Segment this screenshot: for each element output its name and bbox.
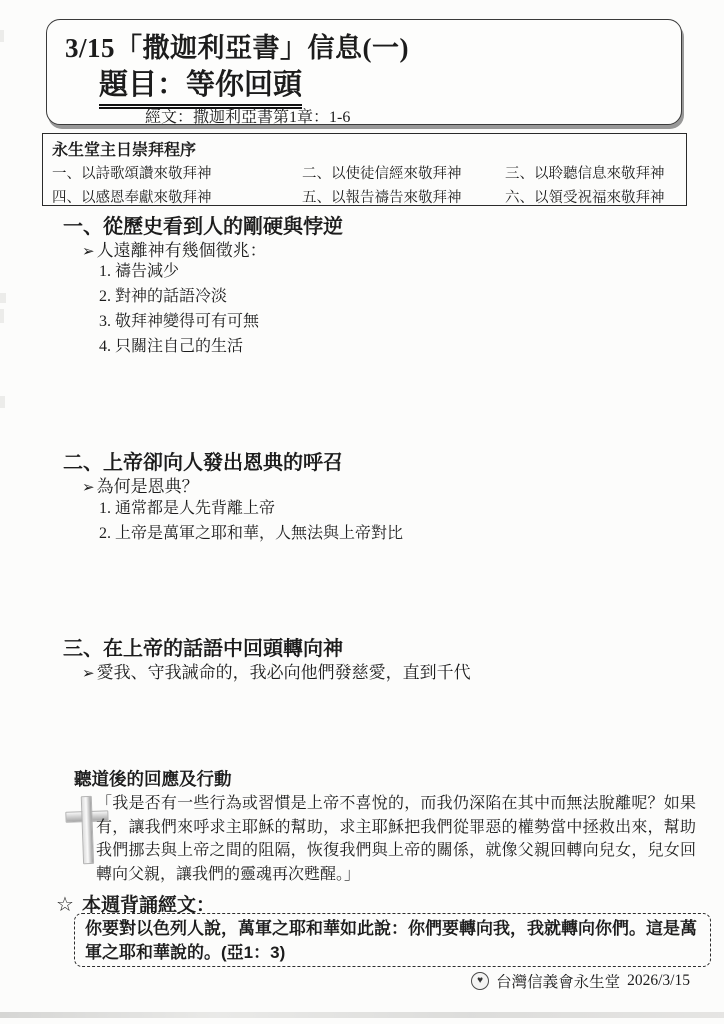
footer: ♥ 台灣信義會永生堂 2026/3/15 xyxy=(471,970,690,992)
arrow-bullet-icon: ➢ xyxy=(82,480,95,496)
section-1-point: 3. 敬拜神變得可有可無 xyxy=(99,308,259,331)
memory-verse-box: 你要對以色列人說，萬軍之耶和華如此說：你們要轉向我，我就轉向你們。這是萬軍之耶和… xyxy=(74,913,711,967)
scan-edge-artifact xyxy=(0,309,4,323)
response-prayer-text: 「我是否有一些行為或習慣是上帝不喜悅的，而我仍深陷在其中而無法脫離呢？如果有，讓… xyxy=(96,792,696,886)
section-3-bullet: ➢愛我、守我誡命的，我必向他們發慈愛，直到千代 xyxy=(82,658,471,683)
worship-order-item: 三、以聆聽信息來敬拜神 xyxy=(505,162,677,183)
church-logo-icon: ♥ xyxy=(471,972,489,990)
worship-order-item: 五、以報告禱告來敬拜神 xyxy=(302,186,505,207)
scan-edge-artifact xyxy=(0,30,4,42)
scan-edge-artifact xyxy=(0,396,5,408)
section-1-point: 4. 只關注自己的生活 xyxy=(99,333,243,356)
section-2-heading: 二、上帝卻向人發出恩典的呼召 xyxy=(63,446,343,475)
worship-order-title: 永生堂主日崇拜程序 xyxy=(52,137,677,160)
church-name: 台灣信義會永生堂 xyxy=(496,970,620,992)
section-2-bullet: ➢為何是恩典？ xyxy=(82,472,199,497)
scan-edge-artifact xyxy=(0,1012,724,1018)
worship-order-item: 四、以感恩奉獻來敬拜神 xyxy=(52,186,302,207)
worship-order-list: 一、以詩歌頌讚來敬拜神 二、以使徒信經來敬拜神 三、以聆聽信息來敬拜神 四、以感… xyxy=(52,162,677,207)
header-title-box: 3/15「撒迦利亞書」信息(一) 題目：等你回頭 經文：撒迦利亞書第1章：1-6 xyxy=(46,19,682,125)
worship-order-item: 一、以詩歌頌讚來敬拜神 xyxy=(52,162,302,183)
bullet-text: 愛我、守我誡命的，我必向他們發慈愛，直到千代 xyxy=(97,663,471,682)
star-icon: ☆ xyxy=(56,894,74,916)
worship-order-box: 永生堂主日崇拜程序 一、以詩歌頌讚來敬拜神 二、以使徒信經來敬拜神 三、以聆聽信… xyxy=(42,133,687,206)
bullet-text: 為何是恩典？ xyxy=(97,477,199,496)
section-1-point: 2. 對神的話語冷淡 xyxy=(99,283,227,306)
arrow-bullet-icon: ➢ xyxy=(82,244,95,260)
sermon-notes-page: 3/15「撒迦利亞書」信息(一) 題目：等你回頭 經文：撒迦利亞書第1章：1-6… xyxy=(0,0,724,1024)
scripture-reference: 經文：撒迦利亞書第1章：1-6 xyxy=(145,104,350,127)
section-1-point: 1. 禱告減少 xyxy=(99,258,179,281)
footer-date: 2026/3/15 xyxy=(627,972,690,990)
worship-order-item: 六、以領受祝福來敬拜神 xyxy=(505,186,677,207)
section-1-heading: 一、從歷史看到人的剛硬與悖逆 xyxy=(63,210,343,239)
response-heading: 聽道後的回應及行動 xyxy=(74,766,232,791)
worship-order-item: 二、以使徒信經來敬拜神 xyxy=(302,162,505,183)
section-3-heading: 三、在上帝的話語中回頭轉向神 xyxy=(63,632,343,661)
section-2-point: 2. 上帝是萬軍之耶和華，人無法與上帝對比 xyxy=(99,520,403,543)
scan-edge-artifact xyxy=(0,293,6,303)
sermon-topic: 題目：等你回頭 xyxy=(99,62,302,109)
memory-verse-text: 你要對以色列人說，萬軍之耶和華如此說：你們要轉向我，我就轉向你們。這是萬軍之耶和… xyxy=(85,919,697,962)
arrow-bullet-icon: ➢ xyxy=(82,666,95,682)
section-2-point: 1. 通常都是人先背離上帝 xyxy=(99,495,275,518)
sermon-series-title: 3/15「撒迦利亞書」信息(一) xyxy=(65,26,409,65)
